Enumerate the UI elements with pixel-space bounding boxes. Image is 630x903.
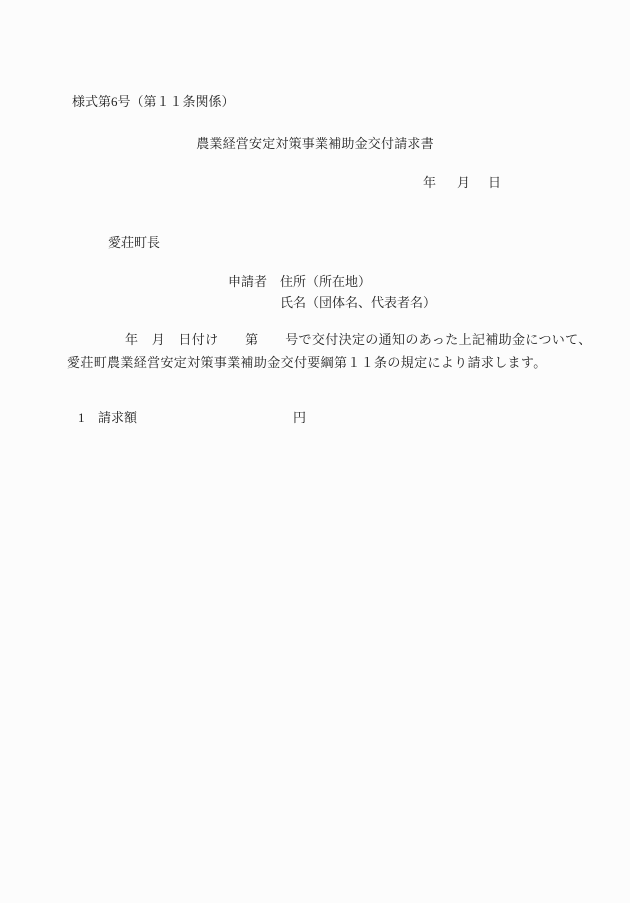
document-page: 様式第6号（第１１条関係） 農業経営安定対策事業補助金交付請求書 年 月 日 愛…: [0, 0, 630, 903]
amount-unit-label: 円: [293, 411, 306, 424]
body-line-1: 年 月 日付け 第 号で交付決定の通知のあった上記補助金について、: [125, 333, 592, 346]
claim-amount-label: 請求額: [98, 411, 137, 424]
applicant-address-line: 申請者 住所（所在地）: [228, 275, 371, 288]
date-month-label: 月: [457, 176, 470, 189]
form-number: 様式第6号（第１１条関係）: [72, 95, 235, 108]
date-day-label: 日: [488, 176, 501, 189]
item-number: 1: [78, 411, 85, 424]
applicant-name-line: 氏名（団体名、代表者名）: [280, 296, 436, 309]
body-line-2: 愛荘町農業経営安定対策事業補助金交付要綱第１１条の規定により請求します。: [67, 356, 547, 369]
date-year-label: 年: [423, 176, 436, 189]
addressee: 愛荘町長: [108, 236, 160, 249]
document-title: 農業経営安定対策事業補助金交付請求書: [0, 137, 630, 150]
